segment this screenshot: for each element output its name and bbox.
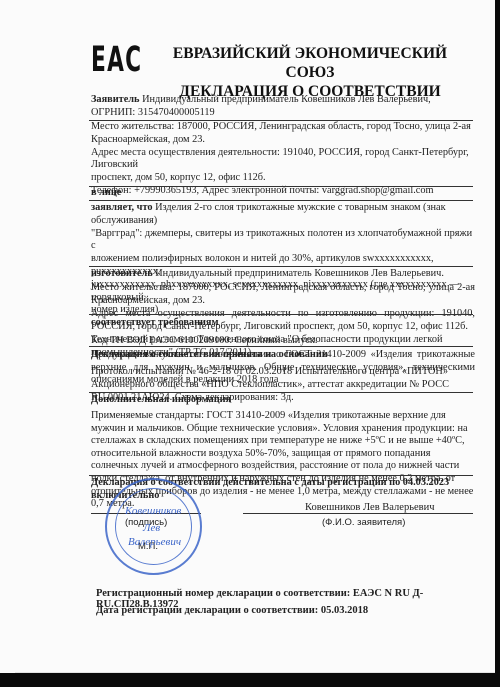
applicant-label: Заявитель xyxy=(91,94,140,105)
stamp-text-3: Валерьевич xyxy=(128,536,181,548)
basis-label: Декларация о соответствии принята на осн… xyxy=(91,349,475,362)
declaration-page: EAC ЕВРАЗИЙСКИЙ ЭКОНОМИЧЕСКИЙ СОЮЗ ДЕКЛА… xyxy=(0,0,495,673)
divider xyxy=(89,392,473,393)
declares-text-2: "Варгград": джемперы, свитеры из трикота… xyxy=(91,228,475,254)
requirements-label: соответствует требованиям xyxy=(91,317,475,330)
manufacturer-label: изготовитель xyxy=(91,268,153,279)
signer-name: Ковешников Лев Валерьевич xyxy=(305,502,435,513)
document-title: ЕВРАЗИЙСКИЙ ЭКОНОМИЧЕСКИЙ СОЮЗ ДЕКЛАРАЦИ… xyxy=(160,44,460,101)
divider xyxy=(89,475,473,476)
divider xyxy=(89,314,473,315)
eac-logo: EAC xyxy=(91,40,142,80)
registration-date: Дата регистрации декларации о соответств… xyxy=(96,605,368,616)
stamp-text-1: Ковешников xyxy=(125,505,181,517)
in-person-label: в лице xyxy=(91,187,475,200)
divider xyxy=(89,266,473,267)
divider xyxy=(89,346,473,347)
page-edge xyxy=(15,672,495,673)
declares-label: заявляет, что xyxy=(91,202,153,213)
applicant-activity-1: Адрес места осуществления деятельности: … xyxy=(91,147,475,173)
stamp-text-2: Лев xyxy=(143,522,160,534)
applicant-residence-2: Красноармейская, дом 23. xyxy=(91,134,475,147)
title-union: ЕВРАЗИЙСКИЙ ЭКОНОМИЧЕСКИЙ СОЮЗ xyxy=(160,44,460,82)
divider xyxy=(89,200,473,201)
applicant-name: Индивидуальный предприниматель Ковешнико… xyxy=(140,94,431,105)
applicant-activity-2: проспект, дом 50, корпус 12, офис 112б. xyxy=(91,172,475,185)
manufacturer-residence: Место жительства: 187000, РОССИЯ, Ленинг… xyxy=(91,282,475,308)
applicant-ogrnip: ОГРНИП: 315470400005119 xyxy=(91,107,475,120)
applicant-block: Заявитель Индивидуальный предприниматель… xyxy=(91,94,475,120)
additional-label: Дополнительная информация xyxy=(91,394,475,407)
validity-date: 04.03.2023 xyxy=(403,477,449,488)
manufacturer-name: Индивидуальный предприниматель Ковешнико… xyxy=(153,268,444,279)
signer-name-line xyxy=(243,513,473,514)
applicant-residence-1: Место жительства: 187000, РОССИЯ, Ленинг… xyxy=(91,121,475,134)
signer-caption: (Ф.И.О. заявителя) xyxy=(322,517,405,528)
